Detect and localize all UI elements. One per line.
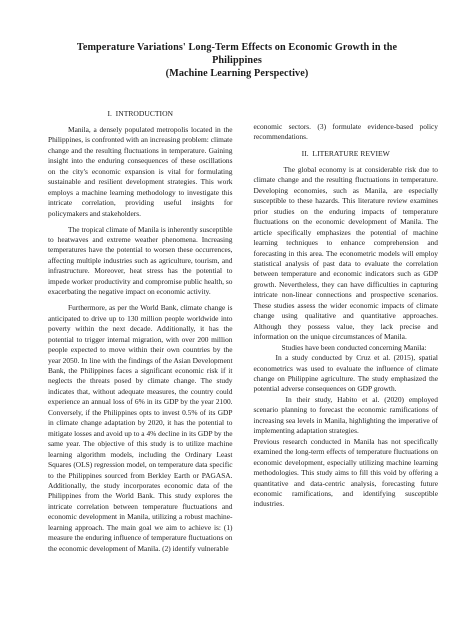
litreview-paragraph-5: Previous research conducted in Manila ha… — [254, 437, 439, 510]
paper-title-line-2: Philippines — [0, 54, 474, 67]
intro-paragraph-1: Manila, a densely populated metropolis l… — [48, 125, 233, 219]
paper-title-block: Temperature Variations' Long-Term Effect… — [0, 0, 474, 80]
section-heading-literature-review: II. LITERATURE REVIEW — [254, 149, 439, 158]
column-right: economic sectors. (3) formulate evidence… — [254, 109, 439, 554]
intro-paragraph-3: Furthermore, as per the World Bank, clim… — [48, 303, 233, 554]
paper-title-line-1: Temperature Variations' Long-Term Effect… — [0, 41, 474, 54]
intro-continuation-paragraph: economic sectors. (3) formulate evidence… — [254, 122, 439, 143]
litreview-paragraph-1: The global economy is at considerable ri… — [254, 165, 439, 343]
intro-paragraph-2: The tropical climate of Manila is inhere… — [48, 225, 233, 298]
litreview-paragraph-4: In their study, Habito et al. (2020) emp… — [254, 395, 439, 437]
litreview-paragraph-2: Studies have been conducted concerning M… — [254, 343, 439, 353]
paper-subtitle: (Machine Learning Perspective) — [0, 67, 474, 80]
litreview-paragraph-3: In a study conducted by Cruz et al. (201… — [254, 353, 439, 395]
paper-page: Temperature Variations' Long-Term Effect… — [0, 0, 474, 632]
section-heading-introduction: I. INTRODUCTION — [48, 109, 233, 118]
column-left: I. INTRODUCTION Manila, a densely popula… — [48, 109, 233, 554]
two-column-body: I. INTRODUCTION Manila, a densely popula… — [0, 109, 474, 554]
